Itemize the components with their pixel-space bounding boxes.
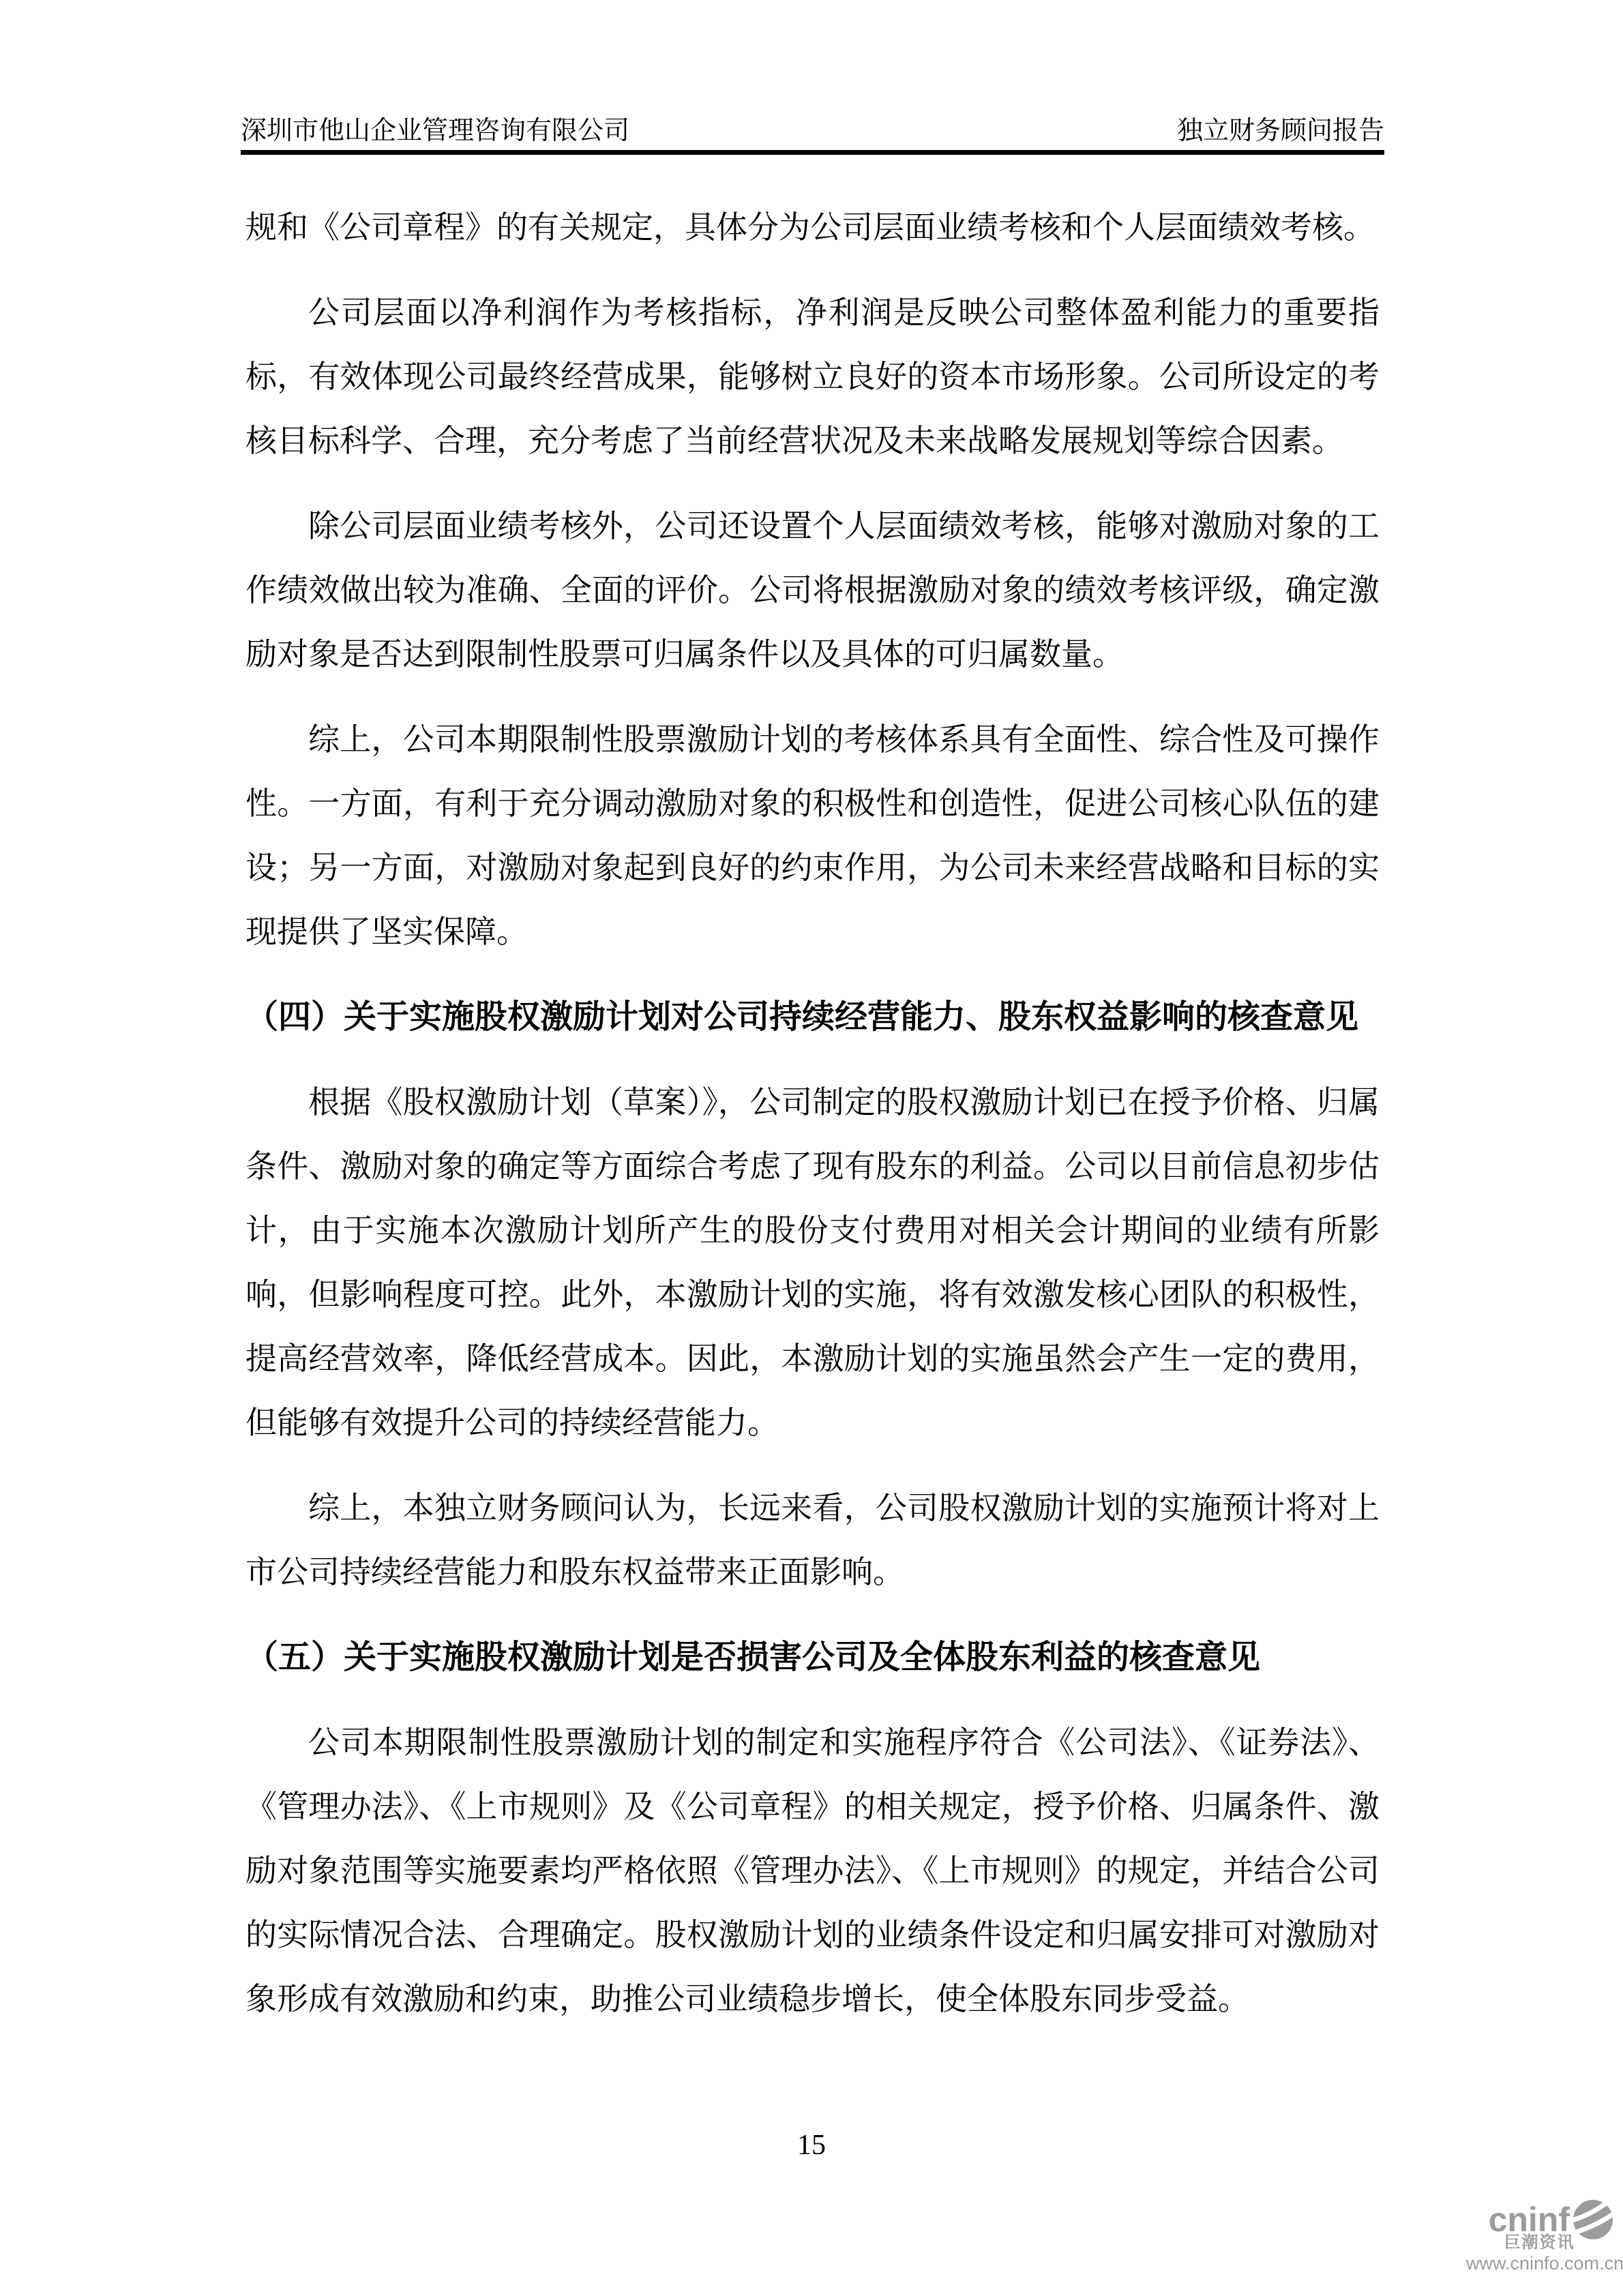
cninfo-website: www.cninfo.com.cn [1466,2253,1613,2273]
section-heading-4: （四）关于实施股权激励计划对公司持续经营能力、股东权益影响的核查意见 [245,985,1380,1049]
body-paragraph: 综上，公司本期限制性股票激励计划的考核体系具有全面性、综合性及可操作性。一方面，… [245,708,1380,964]
header-company-name: 深圳市他山企业管理咨询有限公司 [241,117,629,145]
body-paragraph: 综上，本独立财务顾问认为，长远来看，公司股权激励计划的实施预计将对上市公司持续经… [245,1476,1380,1605]
body-paragraph: 根据《股权激励计划（草案）》，公司制定的股权激励计划已在授予价格、归属条件、激励… [245,1071,1380,1455]
page-number: 15 [0,2129,1623,2162]
section-heading-5: （五）关于实施股权激励计划是否损害公司及全体股东利益的核查意见 [245,1626,1380,1690]
continued-paragraph: 规和《公司章程》的有关规定，具体分为公司层面业绩考核和个人层面绩效考核。 [245,196,1380,260]
document-body: 规和《公司章程》的有关规定，具体分为公司层面业绩考核和个人层面绩效考核。 公司层… [245,196,1380,2031]
document-page: 深圳市他山企业管理咨询有限公司 独立财务顾问报告 规和《公司章程》的有关规定，具… [0,0,1623,2296]
body-paragraph: 公司本期限制性股票激励计划的制定和实施程序符合《公司法》、《证券法》、《管理办法… [245,1711,1380,2031]
body-paragraph: 除公司层面业绩考核外，公司还设置个人层面绩效考核，能够对激励对象的工作绩效做出较… [245,494,1380,687]
globe-swoosh-icon [1573,2200,1613,2239]
body-paragraph: 公司层面以净利润作为考核指标，净利润是反映公司整体盈利能力的重要指标，有效体现公… [245,281,1380,473]
header-report-title: 独立财务顾问报告 [1177,117,1384,145]
running-header: 深圳市他山企业管理咨询有限公司 独立财务顾问报告 [241,117,1384,155]
cninfo-watermark: cninf 巨潮资讯 www.cninfo.com.cn [1466,2200,1613,2273]
